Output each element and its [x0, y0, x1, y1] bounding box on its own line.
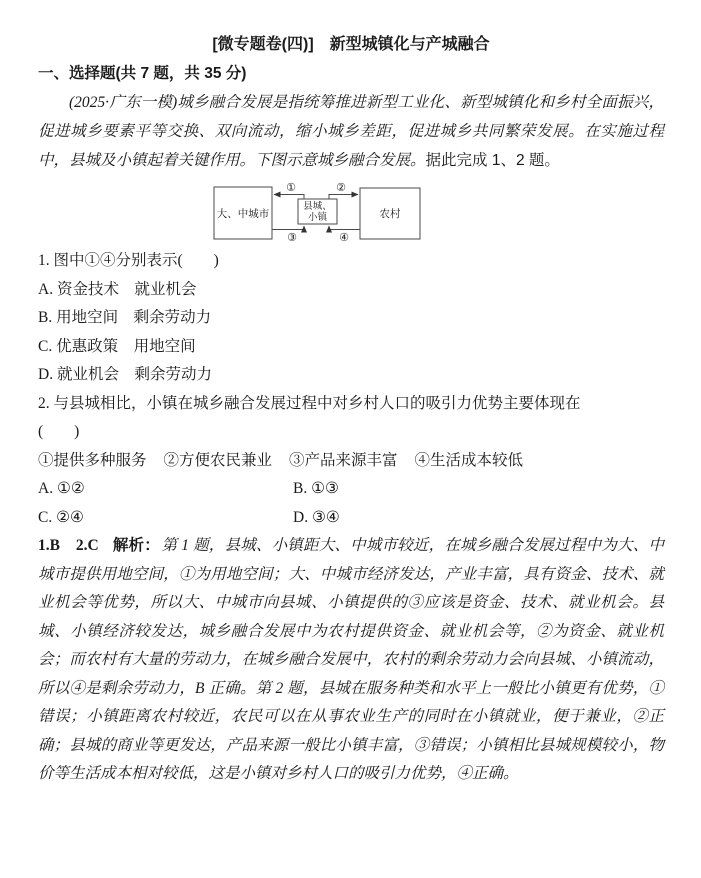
- analysis-paragraph: 1.B 2.C解析：第 1 题，县城、小镇距大、中城市较近，在城乡融合发展过程中…: [38, 532, 664, 789]
- diagram-svg: 大、中城市 县城、 小镇 农村 ① ② ③ ④: [207, 177, 427, 247]
- question-2-options: A. ①② B. ①③ C. ②④ D. ③④: [38, 475, 664, 532]
- question-2-stem: 2. 与县城相比，小镇在城乡融合发展过程中对乡村人口的吸引力优势主要体现在: [38, 390, 664, 419]
- question-2-items: ①提供多种服务②方便农民兼业③产品来源丰富④生活成本较低: [38, 447, 664, 476]
- label-rural: 农村: [380, 207, 401, 220]
- stimulus-tail: 据此完成 1、2 题。: [426, 152, 560, 169]
- arrow-label-4: ④: [339, 232, 349, 244]
- arrow-label-3: ③: [287, 232, 297, 244]
- question-2-item-2: ②方便农民兼业: [164, 447, 273, 476]
- question-2-item-3: ③产品来源丰富: [289, 447, 398, 476]
- question-1-option-b: B. 用地空间 剩余劳动力: [38, 304, 664, 333]
- arrow-4-rural-to-county: [329, 226, 360, 230]
- question-2: 2. 与县城相比，小镇在城乡融合发展过程中对乡村人口的吸引力优势主要体现在 ( …: [38, 390, 664, 533]
- arrow-label-1: ①: [286, 182, 296, 194]
- question-2-option-a: A. ①②: [38, 475, 293, 504]
- analysis-text: 第 1 题，县城、小镇距大、中城市较近，在城乡融合发展过程中为大、中城市提供用地…: [38, 537, 664, 782]
- question-1-stem: 1. 图中①④分别表示( ): [38, 247, 664, 276]
- label-large-medium-cities: 大、中城市: [217, 207, 270, 220]
- question-1: 1. 图中①④分别表示( ) A. 资金技术 就业机会 B. 用地空间 剩余劳动…: [38, 247, 664, 390]
- question-2-item-4: ④生活成本较低: [415, 447, 524, 476]
- question-2-answer-paren: ( ): [38, 418, 664, 447]
- stimulus-paragraph: (2025·广东一模)城乡融合发展是指统筹推进新型工业化、新型城镇化和乡村全面振…: [38, 88, 664, 175]
- question-2-option-c: C. ②④: [38, 504, 293, 533]
- question-2-option-d: D. ③④: [293, 504, 664, 533]
- label-county-town-line2: 小镇: [308, 211, 329, 223]
- question-1-option-d: D. 就业机会 剩余劳动力: [38, 361, 664, 390]
- question-1-option-c: C. 优惠政策 用地空间: [38, 333, 664, 362]
- section-heading: 一、选择题(共 7 题，共 35 分): [38, 59, 664, 88]
- answer-key: 1.B 2.C: [38, 537, 99, 554]
- question-2-item-1: ①提供多种服务: [38, 447, 147, 476]
- question-2-option-b: B. ①③: [293, 475, 664, 504]
- page-content: [微专题卷(四)] 新型城镇化与产城融合 一、选择题(共 7 题，共 35 分)…: [38, 30, 664, 789]
- arrow-2-county-to-rural: [329, 195, 358, 200]
- urban-rural-integration-diagram: 大、中城市 县城、 小镇 农村 ① ② ③ ④: [207, 177, 664, 247]
- arrow-label-2: ②: [336, 182, 346, 194]
- label-county-town-line1: 县城、: [303, 200, 332, 212]
- arrow-1-county-to-cities: [274, 195, 304, 200]
- arrow-3-cities-to-county: [272, 226, 304, 230]
- page-title: [微专题卷(四)] 新型城镇化与产城融合: [38, 30, 664, 59]
- exam-page: [微专题卷(四)] 新型城镇化与产城融合 一、选择题(共 7 题，共 35 分)…: [0, 0, 701, 878]
- stimulus-text: (2025·广东一模)城乡融合发展是指统筹推进新型工业化、新型城镇化和乡村全面振…: [38, 94, 664, 169]
- analysis-label: 解析：: [113, 537, 160, 554]
- question-1-option-a: A. 资金技术 就业机会: [38, 276, 664, 305]
